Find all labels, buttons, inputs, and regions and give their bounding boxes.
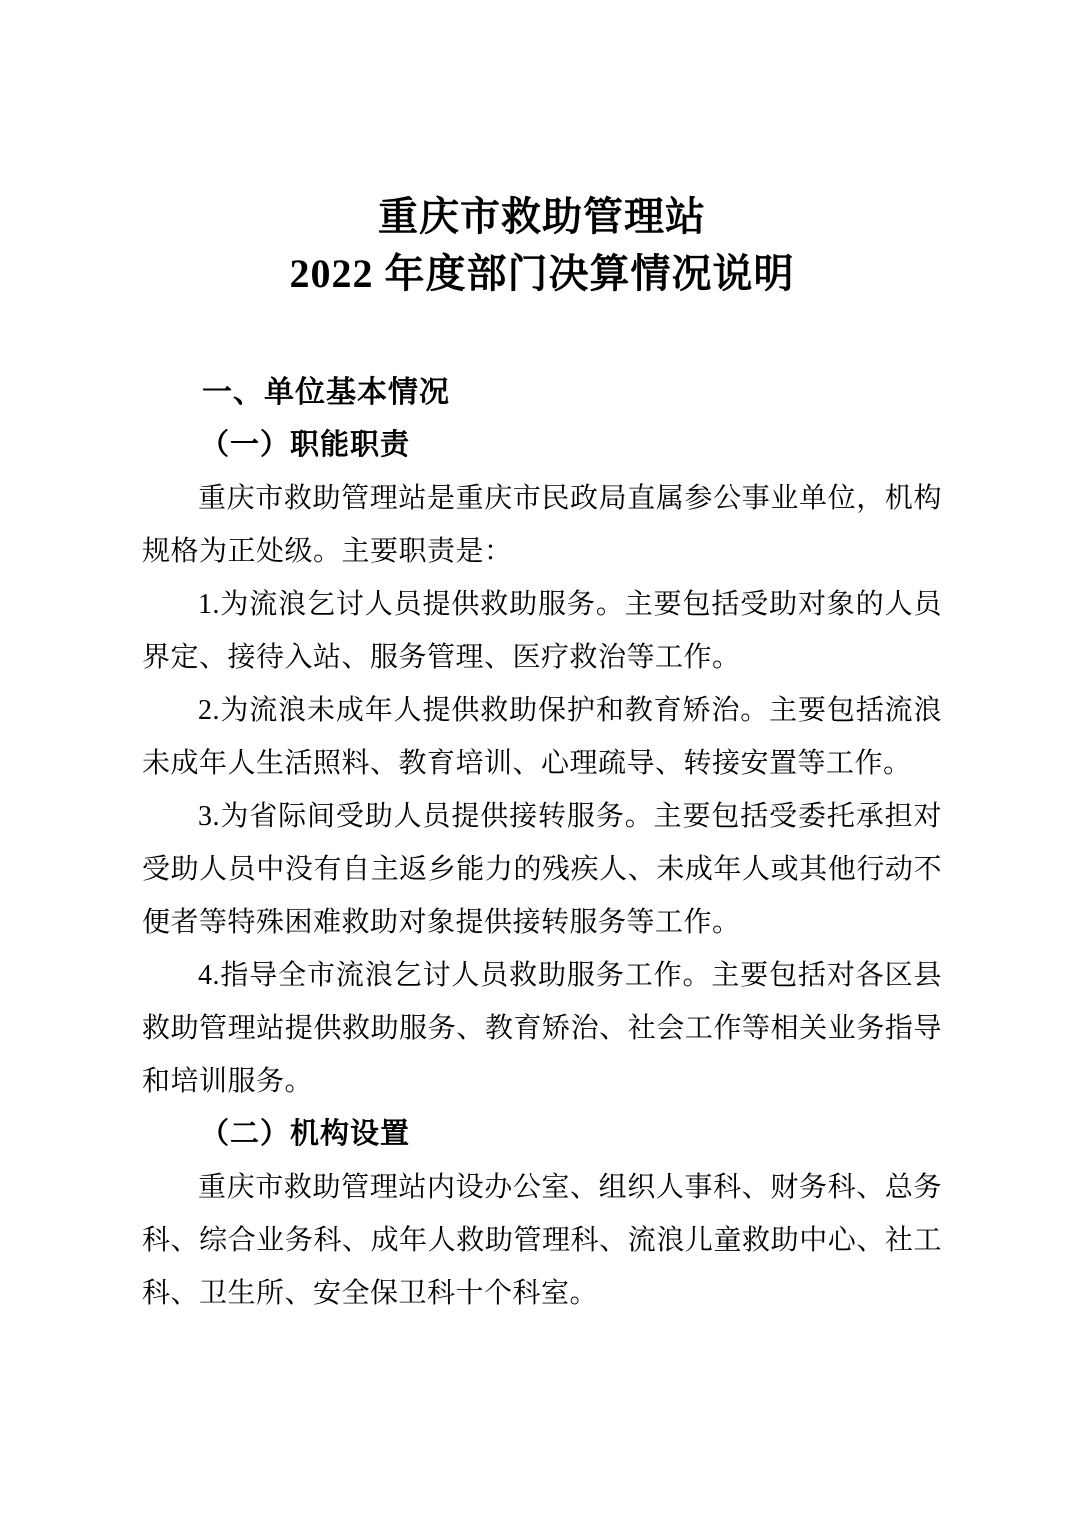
paragraph-duty-3: 3.为省际间受助人员提供接转服务。主要包括受委托承担对受助人员中没有自主返乡能力…: [142, 790, 942, 949]
document-page: 重庆市救助管理站 2022 年度部门决算情况说明 一、单位基本情况 （一）职能职…: [0, 0, 1074, 1520]
subsection-heading-organization: （二）机构设置: [142, 1108, 942, 1161]
paragraph-duties-intro: 重庆市救助管理站是重庆市民政局直属参公事业单位，机构规格为正处级。主要职责是：: [142, 472, 942, 578]
paragraph-duty-4: 4.指导全市流浪乞讨人员救助服务工作。主要包括对各区县救助管理站提供救助服务、教…: [142, 949, 942, 1108]
subsection-heading-duties: （一）职能职责: [142, 419, 942, 472]
document-title-line2: 2022 年度部门决算情况说明: [142, 245, 942, 302]
document-title-line1: 重庆市救助管理站: [142, 188, 942, 245]
document-title: 重庆市救助管理站 2022 年度部门决算情况说明: [142, 188, 942, 302]
section-heading-unit-basic-info: 一、单位基本情况: [142, 366, 942, 419]
paragraph-duty-1: 1.为流浪乞讨人员提供救助服务。主要包括受助对象的人员界定、接待入站、服务管理、…: [142, 578, 942, 684]
paragraph-duty-2: 2.为流浪未成年人提供救助保护和教育矫治。主要包括流浪未成年人生活照料、教育培训…: [142, 684, 942, 790]
paragraph-organization: 重庆市救助管理站内设办公室、组织人事科、财务科、总务科、综合业务科、成年人救助管…: [142, 1161, 942, 1320]
